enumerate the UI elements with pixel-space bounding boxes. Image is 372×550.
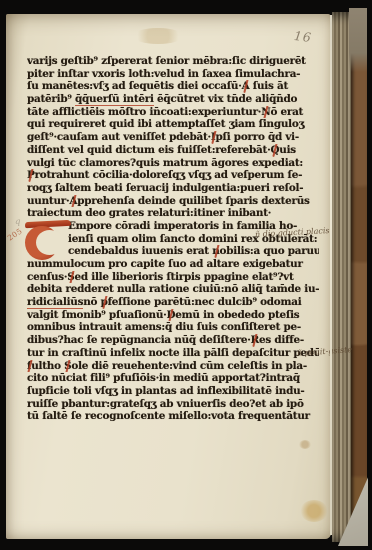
folio-number: 16 [293, 28, 313, 45]
text-line: ſupficie toli vſqʒ in plantas ad inflexi… [27, 385, 319, 398]
paper-stain [300, 500, 328, 522]
rubricated-letter: P [27, 169, 35, 181]
text-line: vulgi tūc clamores?quis matrum āgores ex… [27, 157, 319, 170]
red-underlined-text: q̄q̄uerſū intēri [75, 93, 154, 106]
paragraph: varijs geſtib⁹ zſpererat ſenior mēbra:ſi… [27, 55, 319, 220]
text-line: ſultho Sole diē reuehente:vind cūm celeſ… [27, 360, 319, 373]
text-line: tāte afflictiēis mōſtro in̄coati:experiu… [27, 106, 319, 119]
rubricated-letter: N [261, 106, 270, 118]
rubricated-letter: n [212, 245, 219, 257]
text-block: varijs geſtib⁹ zſpererat ſenior mēbra:ſi… [27, 55, 319, 423]
rubricated-letter: Q [270, 144, 279, 156]
left-margin-number: 205 [6, 226, 24, 242]
text-line: patērib⁹ q̄q̄uerſū intēri ēq̄cūtret vix … [27, 93, 319, 106]
text-line: tū ſaltē ſe recognoſcente miſello:vota f… [27, 410, 319, 423]
drop-cap-body [25, 226, 58, 260]
text-line: traiectum deo grates relaturi:itiner ini… [27, 207, 319, 220]
book-photo-scene: 16 q 205 varijs geſtib⁹ zſpererat ſenior… [0, 0, 372, 550]
text-line: ruiſſe pbantur:grateſqʒ ab vniuerſis deo… [27, 398, 319, 411]
rubricated-letter: R [251, 334, 259, 346]
book-page: 16 q 205 varijs geſtib⁹ zſpererat ſenior… [6, 14, 331, 539]
text-line: omnibus intrauit amens:q̄ diu ſuis conſi… [27, 321, 319, 334]
red-underlined-text: ridicialiūs [27, 296, 83, 309]
paragraph: TEmpore cōradi imperatoris in familia ho… [27, 220, 319, 423]
rubricated-letter: S [64, 360, 71, 372]
text-line: qui requireret quid ibi attemptaſſet ʒia… [27, 118, 319, 131]
rubricated-letter: S [67, 271, 74, 283]
text-line: roqʒ ſaltem beati ſeruacij indulgentia:p… [27, 182, 319, 195]
rubricated-letter: I [211, 131, 216, 143]
text-line: Protrahunt cōcilia·doloreſqʒ vſqʒ ad veſ… [27, 169, 319, 182]
text-line: diſſent vel quid dictum eis fuiſſet:refe… [27, 144, 319, 157]
fore-edge-page-stack [332, 12, 351, 542]
text-line: cenſus·Sed ille liberioris ſtirpis ppagi… [27, 271, 319, 284]
text-line: piter inſtar vxoris loth:velud in ſaxea … [27, 68, 319, 81]
text-line: valgit ſmonib⁹ pſuaſionū·Demū in obededo… [27, 309, 319, 322]
rubricated-letter: A [69, 195, 77, 207]
drop-cap-initial: T [25, 220, 71, 262]
marbled-cover-edge [351, 8, 367, 546]
text-line: cito nūciat fili⁹ pfuſiōis·in mediū appo… [27, 372, 319, 385]
page-edge-highlight [330, 15, 332, 535]
text-line: tur in craſtinū infelix nocte illa pālſi… [27, 347, 319, 360]
text-line: varijs geſtib⁹ zſpererat ſenior mēbra:ſi… [27, 55, 319, 68]
rubricated-letter: A [242, 80, 250, 92]
red-underlined-text: pteſis [268, 309, 299, 322]
rubricated-letter: p [101, 296, 108, 308]
text-line: ridicialiūsnō pfeſſione parētū:nec dulci… [27, 296, 319, 309]
paper-stain [299, 440, 311, 449]
text-line: dibus?hac ſe repūgnancia nūq̄ deſiſtere·… [27, 334, 319, 347]
text-line: debita redderet nulla ratione ciuiū:nō a… [27, 283, 319, 296]
rubricated-letter: ſ [27, 360, 31, 372]
rubricated-letter: D [167, 309, 176, 321]
red-underlined-text: cūm celeſtis [200, 360, 268, 373]
cover-top-edge [349, 8, 367, 72]
text-line: ſu manētes:vſʒ ad ſequētis diei occaſū·A… [27, 80, 319, 93]
left-margin-faint-mark: q [15, 217, 20, 227]
text-line: uuntur·Apprehenſa deinde quilibet ſparis… [27, 195, 319, 208]
paper-stain [132, 28, 184, 44]
text-line: geſt⁹·cauſam aut veniſſet pdebāt·Ipſi po… [27, 131, 319, 144]
